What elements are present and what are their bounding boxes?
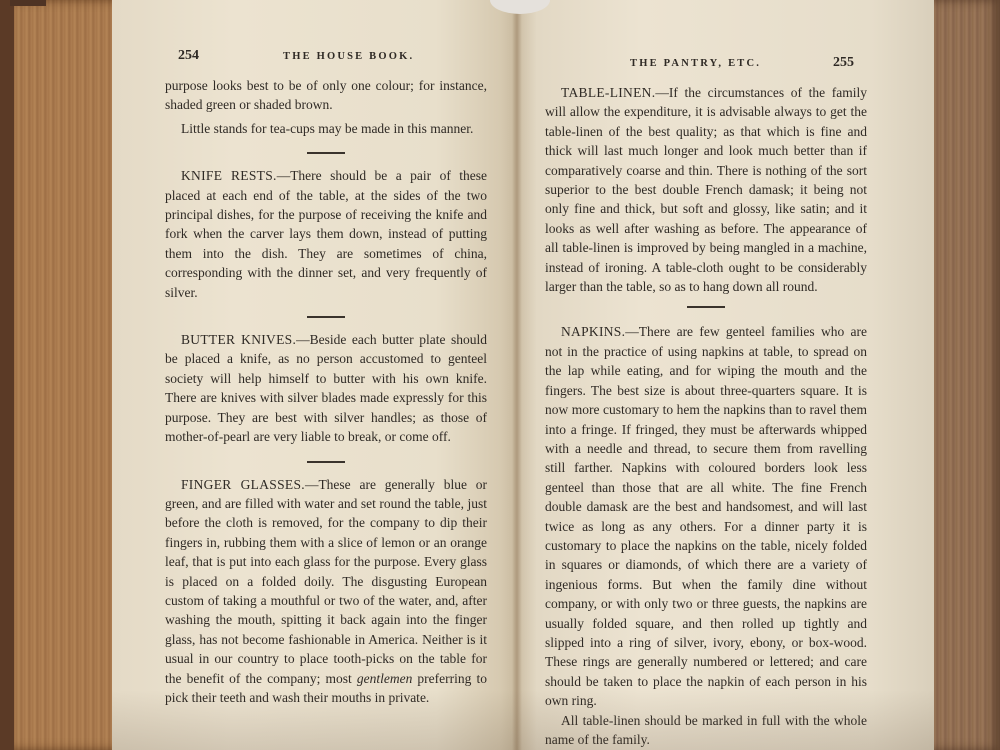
- right-page-edges: [932, 0, 1000, 750]
- section-napkins: NAPKINS.—There are few genteel families …: [545, 322, 867, 710]
- section-finger-glasses: FINGER GLASSES.—These are generally blue…: [165, 475, 487, 708]
- paragraph-tea-cups: Little stands for tea-cups may be made i…: [165, 119, 487, 138]
- section-knife-rests: KNIFE RESTS.—There should be a pair of t…: [165, 166, 487, 302]
- section-butter-knives: BUTTER KNIVES.—Beside each butter plate …: [165, 330, 487, 446]
- section-divider: [307, 461, 345, 463]
- page-number-left: 254: [178, 48, 199, 64]
- left-page-text: purpose looks best to be of only one col…: [165, 76, 487, 707]
- book-cover-edge: [0, 0, 14, 750]
- section-heading: KNIFE RESTS.: [181, 168, 277, 183]
- paragraph-marking: All table-linen should be marked in full…: [545, 711, 867, 750]
- book-gutter: [512, 0, 522, 750]
- book-cover-corner: [10, 0, 46, 6]
- section-body: —Beside each butter plate should be plac…: [165, 332, 487, 444]
- paragraph-continued: purpose looks best to be of only one col…: [165, 76, 487, 115]
- section-table-linen: TABLE-LINEN.—If the circumstances of the…: [545, 83, 867, 296]
- section-body: —There are few genteel families who are …: [545, 324, 867, 708]
- section-divider: [687, 306, 725, 308]
- running-head-left: THE HOUSE BOOK.: [283, 51, 414, 62]
- right-page-text: TABLE-LINEN.—If the circumstances of the…: [545, 83, 867, 749]
- section-divider: [307, 316, 345, 318]
- section-body: —If the circumstances of the family will…: [545, 85, 867, 294]
- page-number-right: 255: [833, 55, 854, 71]
- section-body: —These are generally blue or green, and …: [165, 477, 487, 686]
- section-heading: TABLE-LINEN.: [561, 85, 655, 100]
- section-heading: FINGER GLASSES.: [181, 477, 305, 492]
- left-page-edges: [0, 0, 118, 750]
- running-head-right: THE PANTRY, ETC.: [630, 58, 761, 69]
- section-divider: [307, 152, 345, 154]
- section-heading: BUTTER KNIVES.: [181, 332, 296, 347]
- emphasis-gentlemen: gentlemen: [357, 671, 412, 686]
- section-heading: NAPKINS.: [561, 324, 625, 339]
- section-body: —There should be a pair of these placed …: [165, 168, 487, 299]
